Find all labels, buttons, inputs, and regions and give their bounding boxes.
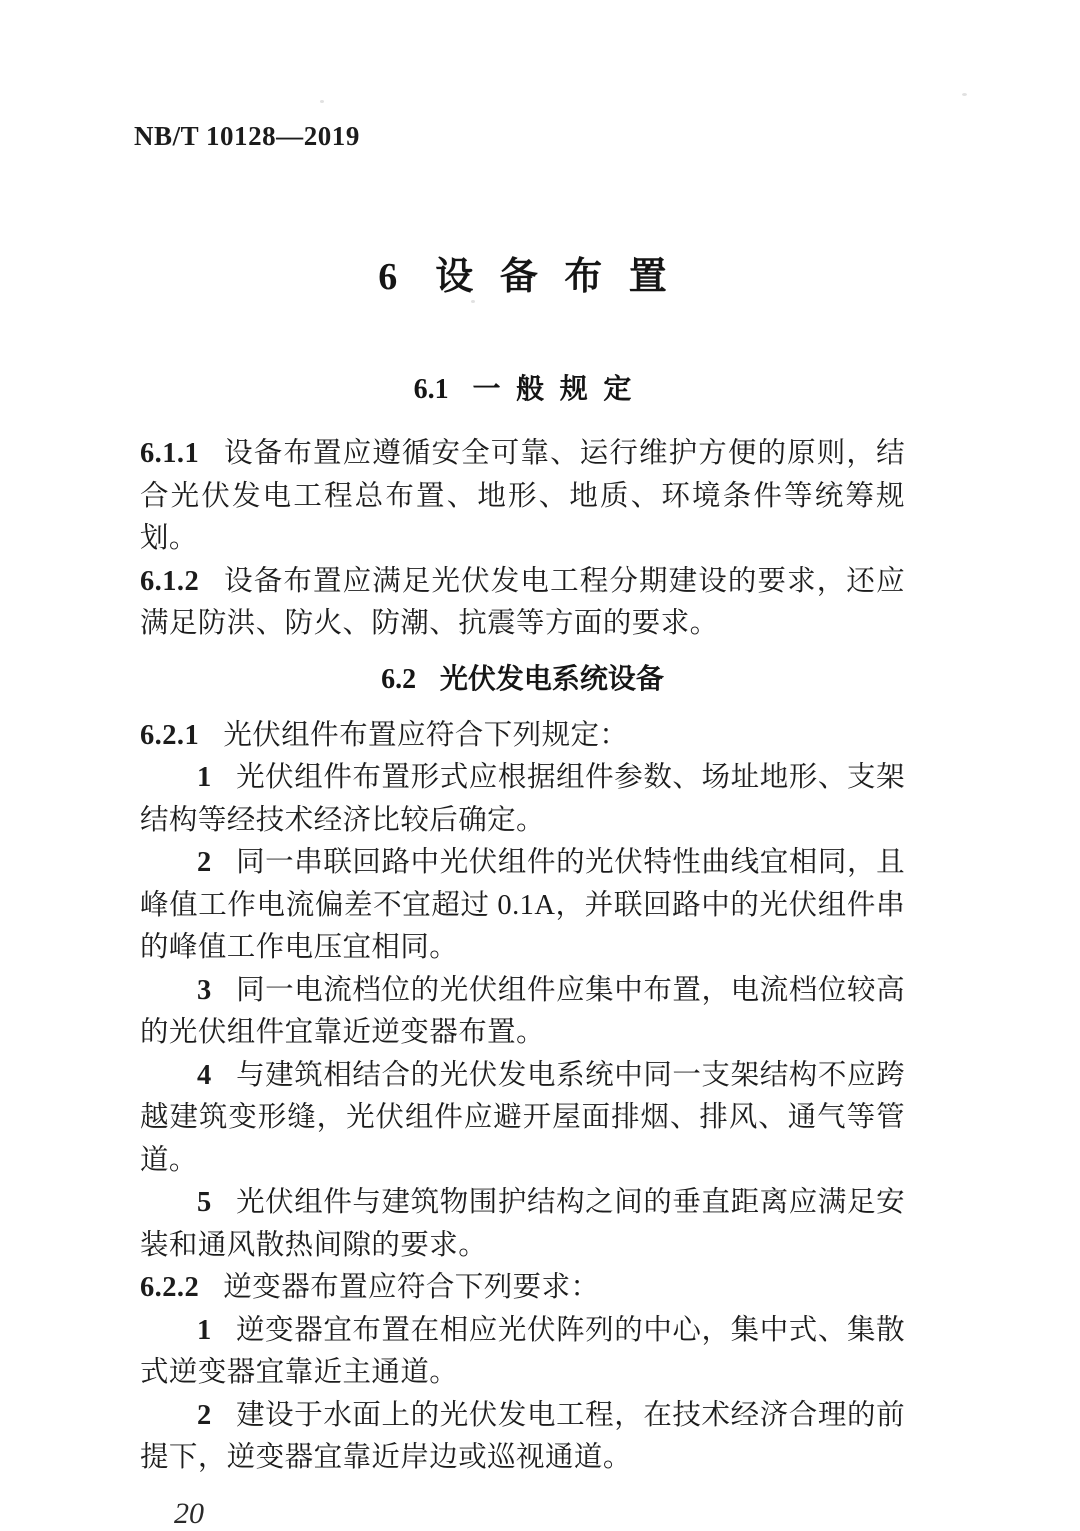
scanned-standard-page: NB/T 10128—2019 6设 备 布 置 6.1一 般 规 定 6.1.…	[0, 0, 1080, 1531]
list-item-4: 4与建筑相结合的光伏发电系统中同一支架结构不应跨越建筑变形缝，光伏组件应避开屋面…	[140, 1055, 905, 1183]
scan-speck	[471, 300, 475, 303]
clause-text: 逆变器布置应符合下列要求：	[223, 1272, 599, 1303]
clause-text: 设备布置应遵循安全可靠、运行维护方便的原则，结合光伏发电工程总布置、地形、地质、…	[140, 438, 905, 554]
item-number: 1	[197, 762, 212, 793]
item-text: 逆变器宜布置在相应光伏阵列的中心，集中式、集散式逆变器宜靠近主通道。	[140, 1315, 905, 1389]
section-heading-6-1: 6.1一 般 规 定	[140, 372, 905, 407]
item-number: 5	[197, 1187, 212, 1218]
item-text: 同一电流档位的光伏组件应集中布置，电流档位较高的光伏组件宜靠近逆变器布置。	[140, 975, 905, 1049]
item-number: 4	[197, 1060, 212, 1091]
clause-number: 6.2.1	[140, 720, 199, 751]
item-text: 光伏组件布置形式应根据组件参数、场址地形、支架结构等经技术经济比较后确定。	[140, 762, 905, 836]
clause-number: 6.1.1	[140, 438, 199, 469]
clause-text: 设备布置应满足光伏发电工程分期建设的要求，还应满足防洪、防火、防潮、抗震等方面的…	[140, 566, 905, 640]
clause-6-2-2: 6.2.2逆变器布置应符合下列要求：	[140, 1267, 905, 1310]
chapter-title: 6设 备 布 置	[140, 254, 905, 300]
item-text: 建设于水面上的光伏发电工程，在技术经济合理的前提下，逆变器宜靠近岸边或巡视通道。	[140, 1400, 905, 1474]
section-heading-text: 光伏发电系统设备	[440, 663, 664, 694]
scan-speck	[962, 93, 967, 96]
item-number: 2	[197, 847, 212, 878]
item-text: 光伏组件与建筑物围护结构之间的垂直距离应满足安装和通风散热间隙的要求。	[140, 1187, 905, 1261]
chapter-number: 6	[378, 256, 397, 298]
item-number: 1	[197, 1315, 212, 1346]
list-item-3: 3同一电流档位的光伏组件应集中布置，电流档位较高的光伏组件宜靠近逆变器布置。	[140, 970, 905, 1055]
page-content: NB/T 10128—2019 6设 备 布 置 6.1一 般 规 定 6.1.…	[140, 120, 905, 1531]
section-number: 6.1	[414, 374, 449, 405]
clause-number: 6.1.2	[140, 566, 199, 597]
clause-number: 6.2.2	[140, 1272, 199, 1303]
item-text: 同一串联回路中光伏组件的光伏特性曲线宜相同，且峰值工作电流偏差不宜超过 0.1A…	[140, 847, 905, 963]
item-text: 与建筑相结合的光伏发电系统中同一支架结构不应跨越建筑变形缝，光伏组件应避开屋面排…	[140, 1060, 905, 1176]
item-number: 2	[197, 1400, 212, 1431]
section-heading-6-2: 6.2光伏发电系统设备	[140, 662, 905, 697]
list-item-1: 1光伏组件布置形式应根据组件参数、场址地形、支架结构等经技术经济比较后确定。	[140, 757, 905, 842]
list-item-1: 1逆变器宜布置在相应光伏阵列的中心，集中式、集散式逆变器宜靠近主通道。	[140, 1310, 905, 1395]
clause-6-1-1: 6.1.1设备布置应遵循安全可靠、运行维护方便的原则，结合光伏发电工程总布置、地…	[140, 433, 905, 561]
list-item-2: 2建设于水面上的光伏发电工程，在技术经济合理的前提下，逆变器宜靠近岸边或巡视通道…	[140, 1395, 905, 1480]
list-item-5: 5光伏组件与建筑物围护结构之间的垂直距离应满足安装和通风散热间隙的要求。	[140, 1182, 905, 1267]
list-item-2: 2同一串联回路中光伏组件的光伏特性曲线宜相同，且峰值工作电流偏差不宜超过 0.1…	[140, 842, 905, 970]
chapter-title-text: 设 备 布 置	[435, 256, 667, 298]
section-6-2-body: 6.2.1光伏组件布置应符合下列规定： 1光伏组件布置形式应根据组件参数、场址地…	[140, 715, 905, 1480]
section-heading-text: 一 般 规 定	[472, 373, 631, 404]
scan-speck	[320, 100, 324, 103]
clause-text: 光伏组件布置应符合下列规定：	[223, 720, 628, 751]
page-number: 20	[174, 1494, 905, 1531]
clause-6-1-2: 6.1.2设备布置应满足光伏发电工程分期建设的要求，还应满足防洪、防火、防潮、抗…	[140, 561, 905, 646]
item-number: 3	[197, 975, 212, 1006]
section-number: 6.2	[381, 664, 416, 695]
section-6-1-body: 6.1.1设备布置应遵循安全可靠、运行维护方便的原则，结合光伏发电工程总布置、地…	[140, 433, 905, 646]
clause-6-2-1: 6.2.1光伏组件布置应符合下列规定：	[140, 715, 905, 758]
standard-code-header: NB/T 10128—2019	[134, 120, 905, 152]
